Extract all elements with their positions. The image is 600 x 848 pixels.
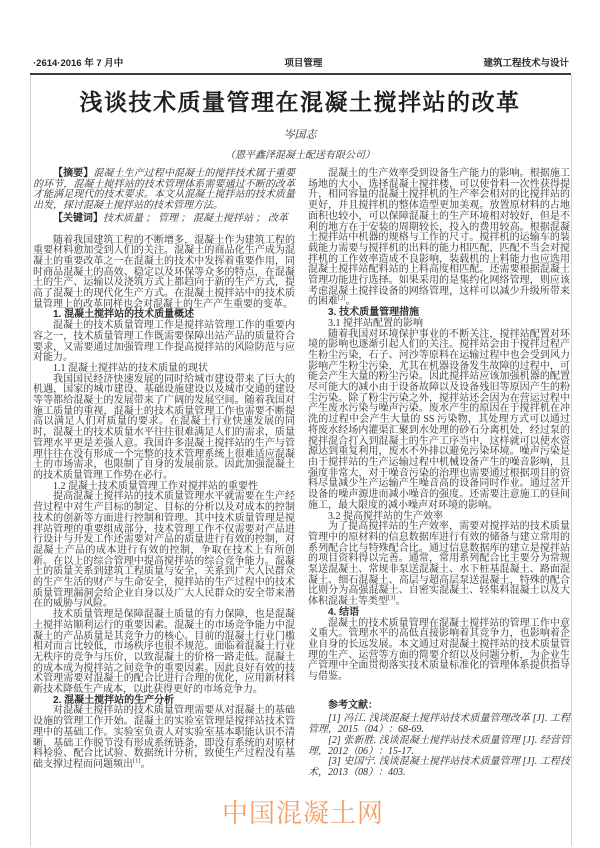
paragraph-1: 混凝土的技术质量管理工作是搅拌站管理工作的重要内容之一，技术质量管理工作既需要保… bbox=[33, 321, 295, 364]
conclusion-paragraph: 混凝土的技术质量管理在混凝土搅拌站的管理工作中意义重大。管理水平的高低直接影响着… bbox=[308, 619, 570, 683]
citation-mark-3: [3] bbox=[388, 595, 396, 602]
left-column: 【摘要】混凝土生产过程中混凝土的搅拌技术属于重要的环节，混凝土搅拌站的技术管理体… bbox=[33, 169, 295, 779]
header-section-label: 项目管理 bbox=[284, 55, 322, 69]
page-header: ·2614·2016 年 7 月中 项目管理 建筑工程技术与设计 bbox=[33, 55, 569, 69]
keywords: 【关键词】技术质量 ； 管理 ； 混凝土搅拌站 ； 改革 bbox=[33, 214, 295, 225]
paragraph-3: 混凝土的生产效率受到设备生产能力的影响。根据施工场地的大小，选择混凝土搅拌楼，可… bbox=[308, 169, 570, 308]
paragraph-3-1: 随着我国对环境保护事业的不断关注，搅拌站配置对环境的影响也逐渐引起人们的关注。搅… bbox=[308, 330, 570, 512]
citation-mark-2: [2] bbox=[338, 295, 346, 302]
reference-item-3: [3] 史国宁. 浅谈混凝土搅拌站技术质量管理 [J]. 工程技术，2013（0… bbox=[308, 757, 570, 778]
intro-paragraph: 随着我国建筑工程的不断增多，混凝土作为建筑工程的重要材料愈加受到人们的关注。混凝… bbox=[33, 236, 295, 311]
header-rule bbox=[30, 73, 571, 75]
site-watermark: 中国混凝土网 bbox=[222, 793, 384, 830]
paragraph-3-tail: 。 bbox=[346, 296, 356, 307]
page-border-left bbox=[30, 75, 31, 846]
keywords-label: 【关键词】 bbox=[53, 213, 103, 224]
page-border-right bbox=[571, 75, 572, 846]
paragraph-3-text: 混凝土的生产效率受到设备生产能力的影响。根据施工场地的大小，选择混凝土搅拌楼，可… bbox=[308, 168, 570, 307]
paragraph-2: 对混凝土搅拌站的技术质量管理需要从对混凝土的基础设施的管理工作开始。混凝土的实验… bbox=[33, 706, 295, 770]
right-column: 混凝土的生产效率受到设备生产能力的影响。根据施工场地的大小，选择混凝土搅拌楼，可… bbox=[308, 169, 570, 779]
abstract-label: 【摘要】 bbox=[53, 168, 93, 179]
paragraph-3-2-tail: 。 bbox=[396, 596, 406, 607]
article-body: 【摘要】混凝土生产过程中混凝土的搅拌技术属于重要的环节，混凝土搅拌站的技术管理体… bbox=[33, 169, 570, 779]
paragraph-1-2a: 提高混凝土搅拌站的技术质量管理水平就需要在生产经营过程中对生产目标的制定、目标的… bbox=[33, 492, 295, 610]
paragraph-2-text: 对混凝土搅拌站的技术质量管理需要从对混凝土的基础设施的管理工作开始。混凝土的实验… bbox=[33, 705, 295, 770]
journal-page: ·2614·2016 年 7 月中 项目管理 建筑工程技术与设计 浅谈技术质量管… bbox=[0, 0, 600, 848]
paragraph-1-1: 我国国民经济快速发展的同时给城市建设带来了巨大的机遇，国家的城市建设、基础设施建… bbox=[33, 375, 295, 482]
author-affiliation: （恩平鑫泽混凝土配送有限公司） bbox=[0, 146, 600, 161]
subsection-heading-3-1: 3.1 搅拌站配置的影响 bbox=[308, 319, 570, 330]
reference-item-1: [1] 冯江. 浅谈混凝土搅拌站技术质量管理改革 [J]. 工程管理，2015（… bbox=[308, 714, 570, 735]
journal-name: 建筑工程技术与设计 bbox=[483, 55, 569, 69]
reference-item-2: [2] 张新胜. 浅谈混凝土搅拌站技术质量管理 [J]. 经营管理，2012（0… bbox=[308, 736, 570, 757]
paragraph-2-tail: 。 bbox=[141, 759, 151, 770]
section-heading-4: 4. 结语 bbox=[308, 608, 570, 619]
keywords-text: 技术质量 ； 管理 ； 混凝土搅拌站 ； 改革 bbox=[103, 213, 288, 224]
author-name: 岑国志 bbox=[0, 126, 600, 142]
paragraph-3-2-text: 为了提高搅拌站的生产效率，需要对搅拌站的技术质量管理中的原材料的信息数据库进行有… bbox=[308, 521, 570, 607]
citation-mark-1: [1] bbox=[133, 758, 141, 765]
references-heading: 参考文献： bbox=[308, 701, 570, 712]
page-number-issue: ·2614·2016 年 7 月中 bbox=[33, 55, 123, 69]
abstract: 【摘要】混凝土生产过程中混凝土的搅拌技术属于重要的环节，混凝土搅拌站的技术管理体… bbox=[33, 169, 295, 212]
article-title: 浅谈技术质量管理在混凝土搅拌站的改革 bbox=[0, 84, 600, 117]
paragraph-1-2b: 技术质量管理是保障混凝土质量的有力保障，也是混凝土搅拌站顺利运行的重要因素。混凝… bbox=[33, 610, 295, 696]
paragraph-3-2: 为了提高搅拌站的生产效率，需要对搅拌站的技术质量管理中的原材料的信息数据库进行有… bbox=[308, 522, 570, 608]
